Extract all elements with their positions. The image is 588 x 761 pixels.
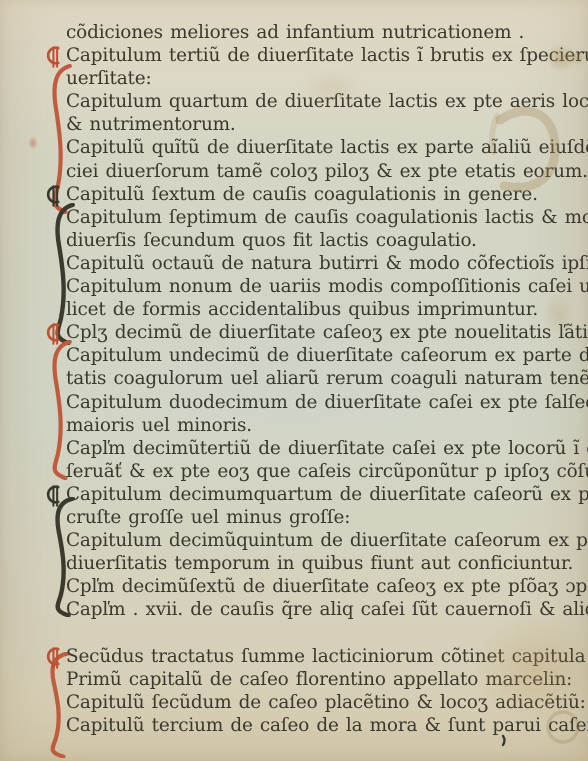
text-line: Capitulũ quĩtũ de diuerſitate lactis ex … [66, 136, 578, 159]
line-text: licet de formis accidentalibus quibus im… [66, 299, 538, 320]
text-line [66, 621, 578, 644]
text-line: Primũ capitalũ de caſeo florentino appel… [66, 668, 578, 691]
line-text: Capitulũ octauũ de natura butirri & modo… [66, 253, 588, 274]
stain-spot-red [28, 136, 38, 150]
text-line: uerſitate: [66, 67, 578, 90]
text-line: Capitulum ſeptimum de cauſis coagulation… [66, 206, 578, 229]
line-text: Capitulum decimũquintum de diuerſitate c… [66, 530, 588, 551]
text-line: licet de formis accidentalibus quibus im… [66, 298, 578, 321]
line-text: Capitulum ſeptimum de cauſis coagulation… [66, 207, 588, 228]
text-line: Cpľm decimũſextũ de diuerſitate caſeoʒ e… [66, 575, 578, 598]
line-text: Primũ capitalũ de caſeo florentino appel… [66, 669, 572, 690]
text-line: Capitulũ octauũ de natura butirri & modo… [66, 252, 578, 275]
line-text: cõdiciones meliores ad infantium nutrica… [66, 22, 524, 43]
text-line: Capitulum quartum de diuerſitate lactis … [66, 90, 578, 113]
text-line: Secũdus tractatus ſumme lacticiniorum cõ… [66, 645, 578, 668]
line-text: cruſte groſſe uel minus groſſe: [66, 507, 350, 528]
line-text: Secũdus tractatus ſumme lacticiniorum cõ… [66, 646, 588, 667]
text-line: Cplʒ decimũ de diuerſitate caſeoʒ ex pte… [66, 321, 578, 344]
line-text: Capitulũ ſextum de cauſis coagulationis … [66, 184, 538, 205]
text-block: cõdiciones meliores ad infantium nutrica… [66, 21, 578, 737]
text-line: cruſte groſſe uel minus groſſe: [66, 506, 578, 529]
line-text: diuerſitatis temporum in quibus fiunt au… [66, 553, 573, 574]
line-text: Capitulum tertiũ de diuerſitate lactis ĩ… [66, 45, 588, 66]
pilcrow-icon [43, 184, 61, 207]
line-text: tatis coagulorum uel aliarũ rerum coagul… [66, 368, 588, 389]
text-line: Capitulum undecimũ de diuerſitate caſeor… [66, 344, 578, 367]
pilcrow-icon [43, 646, 61, 669]
line-text: & nutrimentorum. [66, 114, 236, 135]
text-line: diuerſis ſecundum quos fit lactis coagul… [66, 229, 578, 252]
text-line: Capitulum tertiũ de diuerſitate lactis ĩ… [66, 44, 578, 67]
text-line: Capitulũ ſecũdum de caſeo placẽtino & lo… [66, 691, 578, 714]
line-text: Cplʒ decimũ de diuerſitate caſeoʒ ex pte… [66, 322, 588, 343]
manuscript-page: cõdiciones meliores ad infantium nutrica… [0, 0, 588, 761]
line-text: Capitulũ quĩtũ de diuerſitate lactis ex … [66, 137, 588, 158]
line-text: diuerſis ſecundum quos fit lactis coagul… [66, 230, 477, 251]
text-line: maioris uel minoris. [66, 414, 578, 437]
text-line: & nutrimentorum. [66, 113, 578, 136]
text-line: Capitulũ ſextum de cauſis coagulationis … [66, 183, 578, 206]
text-line: tatis coagulorum uel aliarũ rerum coagul… [66, 367, 578, 390]
line-text: Capitulum decimumquartum de diuerſitate … [66, 484, 588, 505]
line-text: maioris uel minoris. [66, 415, 252, 436]
text-line: cõdiciones meliores ad infantium nutrica… [66, 21, 578, 44]
line-text: ſeruãť & ex pte eoʒ que caſeis circũponũ… [66, 461, 588, 482]
line-text: Capľm . xvii. de cauſis q̃re aliq caſei … [66, 599, 588, 620]
text-line: Capľm decimũtertiũ de diuerſitate caſei … [66, 437, 578, 460]
pilcrow-icon [43, 484, 61, 507]
line-text: Cpľm decimũſextũ de diuerſitate caſeoʒ e… [66, 576, 588, 597]
text-line: Capitulum nonum de uariis modis compoſſi… [66, 275, 578, 298]
line-text: Capitulum duodecimum de diuerſitate caſe… [66, 392, 588, 413]
line-text: ciei diuerſorum tamẽ coloʒ piloʒ & ex pt… [66, 161, 588, 182]
text-line: Capľm . xvii. de cauſis q̃re aliq caſei … [66, 598, 578, 621]
text-line: Capitulũ tercium de caſeo de la mora & ſ… [66, 714, 578, 737]
text-line: Capitulum decimumquartum de diuerſitate … [66, 483, 578, 506]
pilcrow-icon [43, 45, 61, 68]
text-line: diuerſitatis temporum in quibus fiunt au… [66, 552, 578, 575]
text-line: ciei diuerſorum tamẽ coloʒ piloʒ & ex pt… [66, 160, 578, 183]
text-line: ſeruãť & ex pte eoʒ que caſeis circũponũ… [66, 460, 578, 483]
line-text: Capitulum quartum de diuerſitate lactis … [66, 91, 588, 112]
text-line: Capitulum decimũquintum de diuerſitate c… [66, 529, 578, 552]
ink-speck [503, 736, 505, 745]
pilcrow-icon [43, 322, 61, 345]
line-text: Capitulum undecimũ de diuerſitate caſeor… [66, 345, 588, 366]
line-text: Capitulũ ſecũdum de caſeo placẽtino & lo… [66, 692, 586, 713]
line-text: uerſitate: [66, 68, 152, 89]
line-text: Capitulum nonum de uariis modis compoſſi… [66, 276, 588, 297]
text-line: Capitulum duodecimum de diuerſitate caſe… [66, 391, 578, 414]
line-text: Capľm decimũtertiũ de diuerſitate caſei … [66, 438, 588, 459]
line-text: Capitulũ tercium de caſeo de la mora & ſ… [66, 715, 588, 736]
